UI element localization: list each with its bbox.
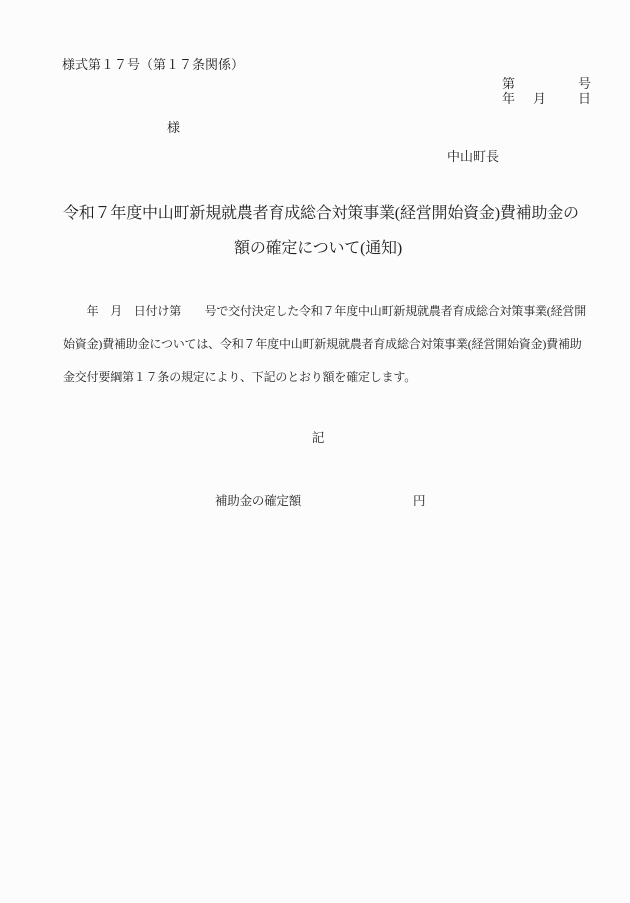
date-month-label: 月 — [533, 91, 546, 107]
amount-unit-yen: 円 — [413, 493, 425, 509]
form-number-label: 様式第１７号（第１７条関係） — [62, 57, 244, 73]
ki-marker: 記 — [63, 430, 573, 446]
body-paragraph-line-2: 始資金)費補助金については、令和７年度中山町新規就農者育成総合対策事業(経営開始… — [63, 336, 582, 352]
date-year-label: 年 — [502, 91, 515, 107]
doc-number-suffix: 号 — [578, 76, 591, 92]
document-title-line-2: 額の確定について(通知) — [63, 238, 573, 260]
doc-number-prefix: 第 — [502, 76, 515, 92]
document-title-line-1: 令和７年度中山町新規就農者育成総合対策事業(経営開始資金)費補助金の — [63, 203, 573, 225]
body-paragraph-line-3: 金交付要綱第１７条の規定により、下記のとおり額を確定します。 — [63, 369, 416, 385]
date-day-label: 日 — [578, 91, 591, 107]
document-page: 様式第１７号（第１７条関係） 第 号 年 月 日 様 中山町長 令和７年度中山町… — [0, 0, 630, 903]
addressee-honorific: 様 — [167, 120, 180, 136]
amount-confirmed-label: 補助金の確定額 — [215, 493, 301, 509]
body-paragraph-line-1: 年 月 日付け第 号で交付決定した令和７年度中山町新規就農者育成総合対策事業(経… — [63, 303, 586, 319]
sender-name: 中山町長 — [447, 149, 499, 165]
